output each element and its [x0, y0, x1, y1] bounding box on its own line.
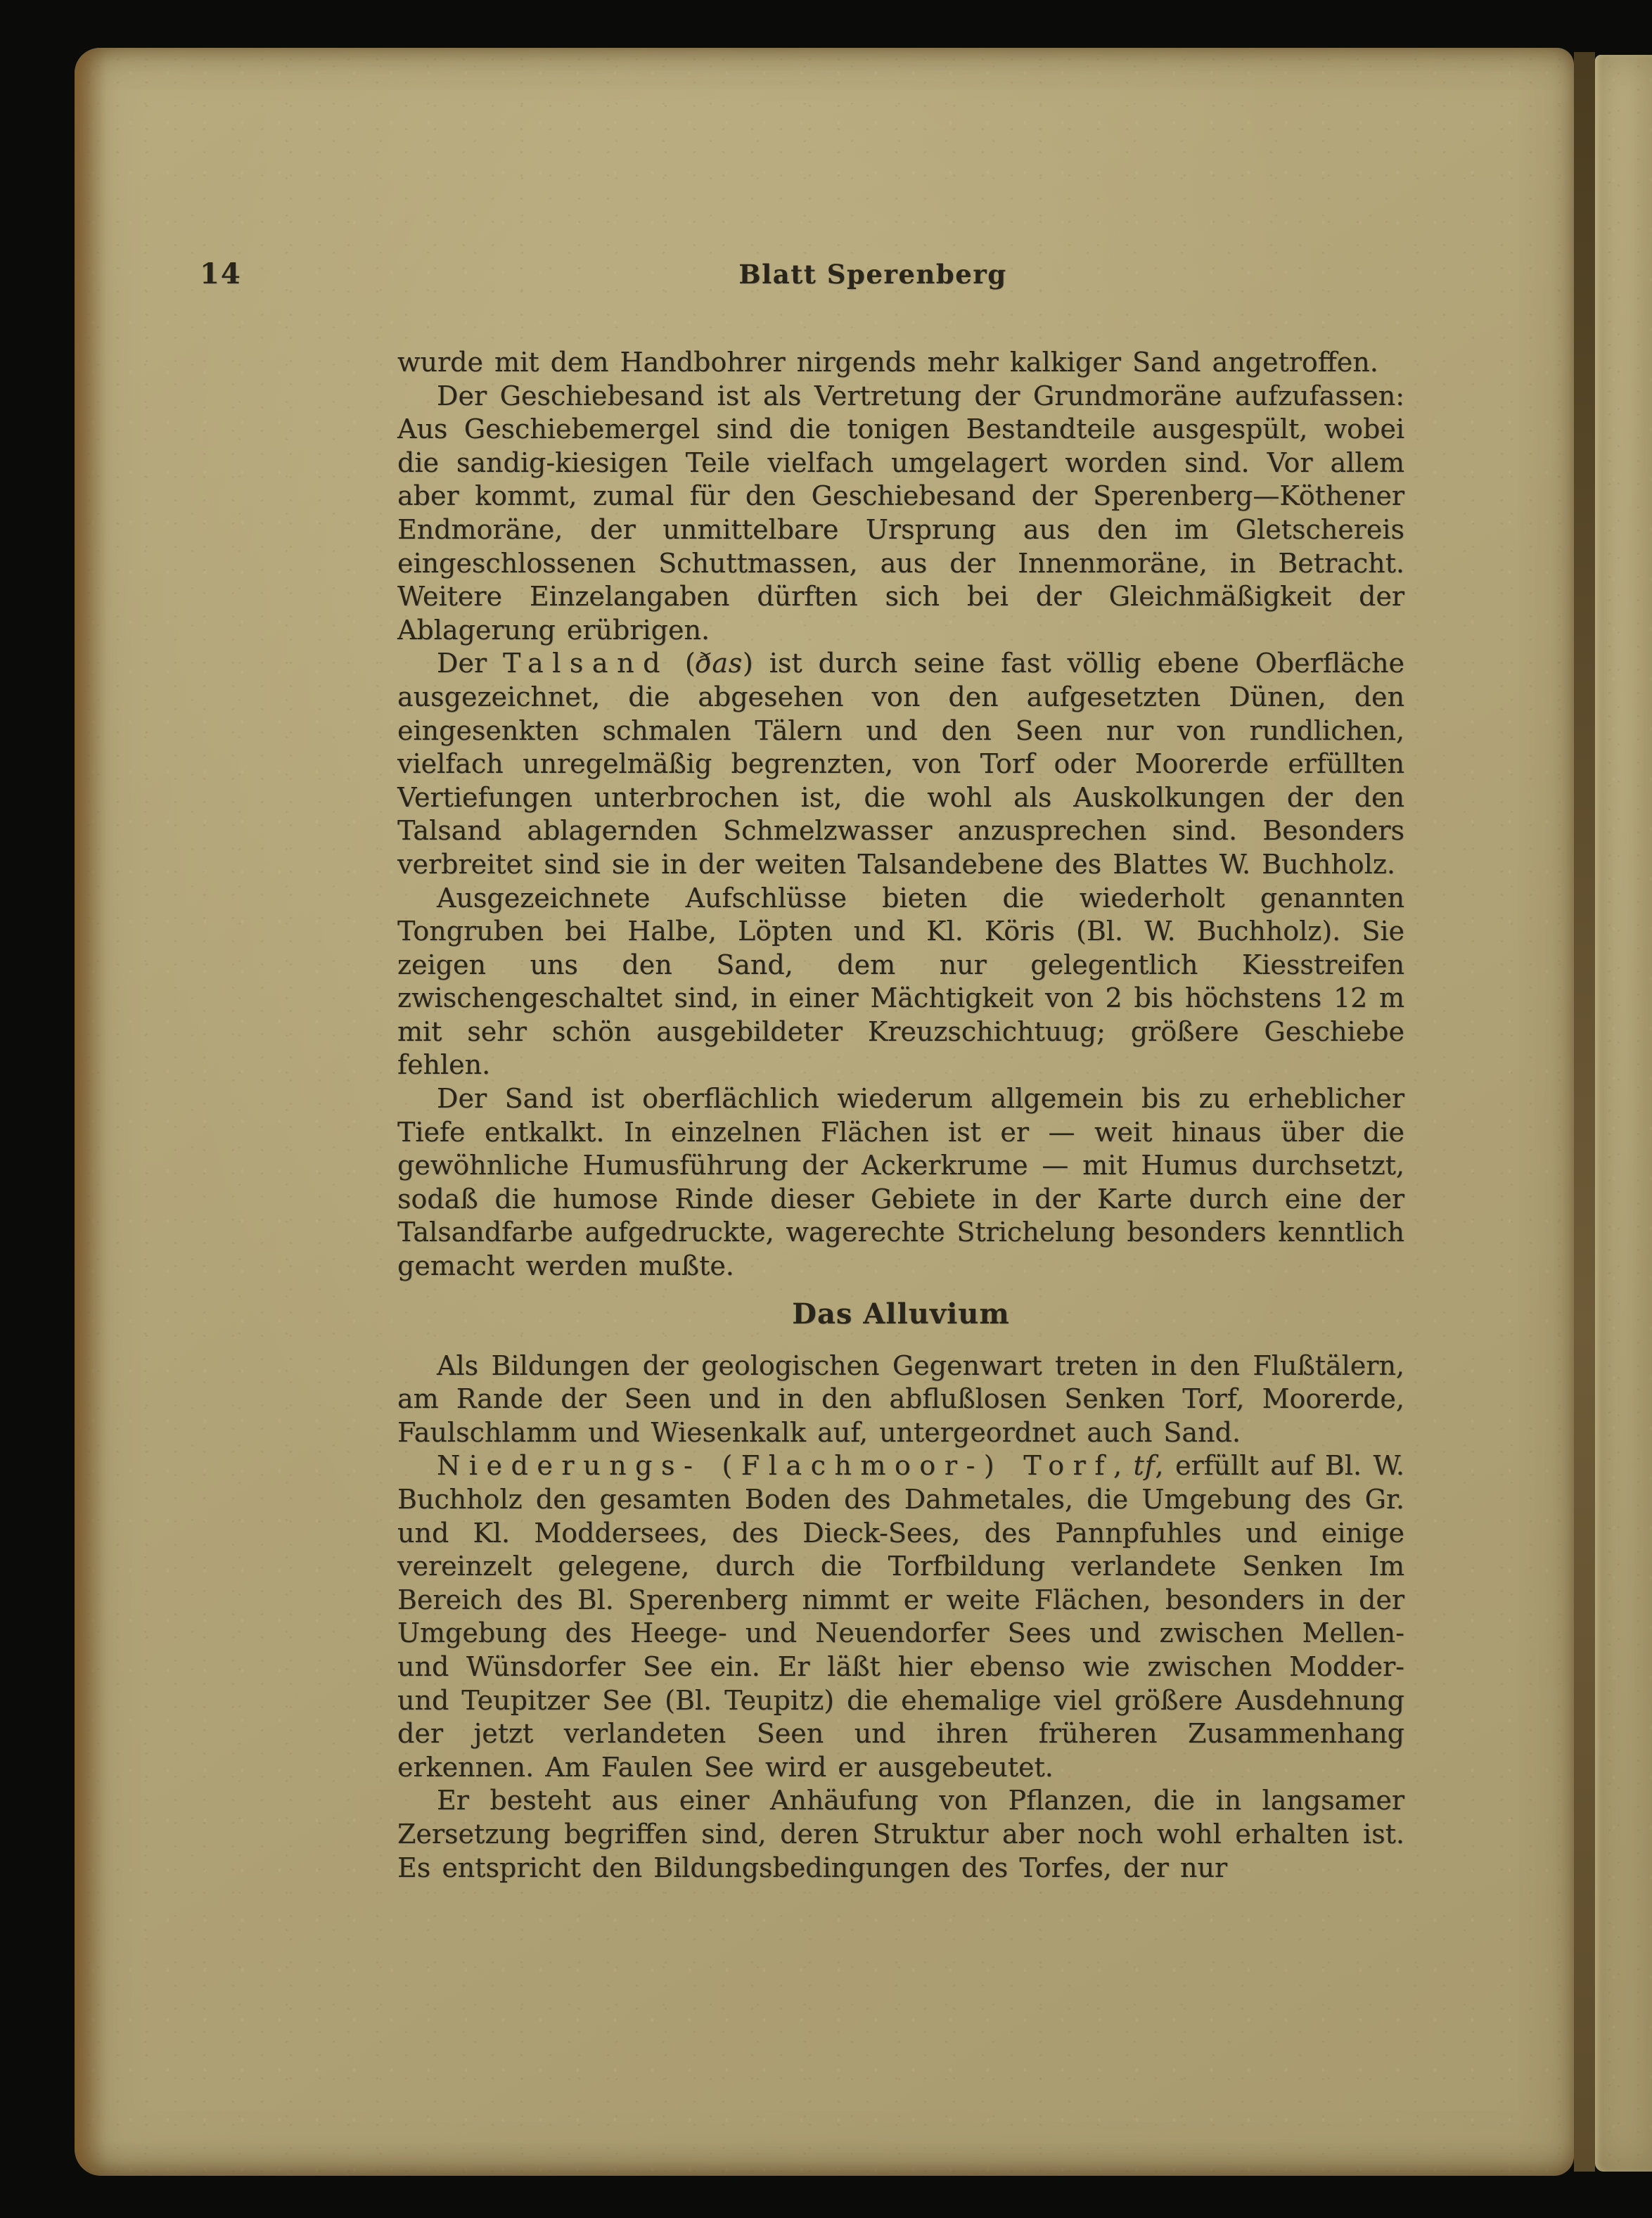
text-segment: Der	[437, 648, 503, 679]
paragraph-2: Der Geschiebesand ist als Vertretung der…	[397, 380, 1404, 648]
running-header: Blatt Sperenberg	[370, 259, 1376, 290]
text-segment: ,	[1113, 1450, 1134, 1481]
text-segment: ) ist durch seine fast völlig ebene Ober…	[397, 648, 1404, 880]
paragraph-6: Als Bildungen der geologischen Gegenwart…	[397, 1350, 1404, 1450]
text-segment: Der Sand ist oberflächlich wiederum allg…	[397, 1083, 1404, 1281]
paragraph-7: Niederungs- (Flachmoor-) Torf, tf, erfül…	[397, 1449, 1404, 1784]
paragraph-3: Der Talsand (ðas) ist durch seine fast v…	[397, 647, 1404, 881]
page-gap-shadow	[1574, 52, 1595, 2172]
page-number: 14	[200, 257, 242, 290]
text-segment: Ausgezeichnete Aufschlüsse bieten die wi…	[397, 883, 1404, 1081]
map-symbol-tf: tf	[1134, 1450, 1155, 1481]
text-segment: , erfüllt auf Bl. W. Buchholz den gesamt…	[397, 1450, 1404, 1782]
spaced-term-niederungs-torf: Niederungs- (Flachmoor-) Torf	[437, 1450, 1113, 1481]
text-segment: (	[669, 648, 696, 679]
paragraph-8: Er besteht aus einer Anhäufung von Pflan…	[397, 1784, 1404, 1885]
paragraph-4: Ausgezeichnete Aufschlüsse bieten die wi…	[397, 882, 1404, 1083]
section-heading-das-alluvium: Das Alluvium	[397, 1297, 1404, 1331]
adjacent-page-edge	[1595, 55, 1652, 2172]
book-page: 14 Blatt Sperenberg wurde mit dem Handbo…	[75, 48, 1574, 2176]
text-segment: Als Bildungen der geologischen Gegenwart…	[397, 1350, 1404, 1448]
spaced-term-talsand: Talsand	[503, 648, 669, 679]
text-segment: Er besteht aus einer Anhäufung von Pflan…	[397, 1785, 1404, 1883]
text-segment: wurde mit dem Handbohrer nirgends mehr k…	[397, 347, 1378, 378]
text-segment: Der Geschiebesand ist als Vertretung der…	[397, 380, 1404, 646]
map-symbol-talsand: ðas	[696, 648, 743, 679]
paragraph-1: wurde mit dem Handbohrer nirgends mehr k…	[397, 346, 1404, 380]
paragraph-5: Der Sand ist oberflächlich wiederum allg…	[397, 1082, 1404, 1283]
text-column: wurde mit dem Handbohrer nirgends mehr k…	[397, 346, 1404, 1885]
